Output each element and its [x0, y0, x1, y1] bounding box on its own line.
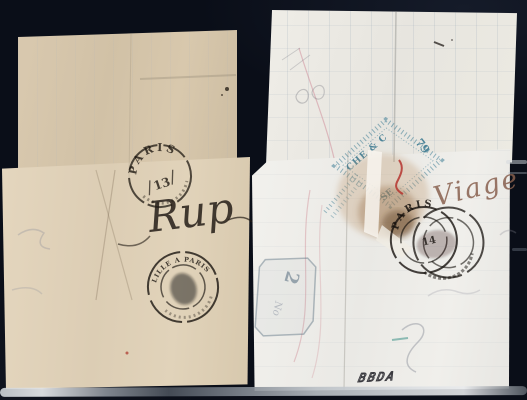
- red-speck: [126, 352, 129, 355]
- background-streak: [512, 248, 527, 251]
- crease-line: [140, 75, 236, 79]
- show-through-scribble: [18, 229, 50, 249]
- flap-crease: [96, 170, 115, 300]
- railway-datestamp-lille-paris: LILLE A PARIS: [140, 244, 226, 330]
- bottom-edge-reflection: [0, 386, 527, 397]
- background-streak: [506, 160, 527, 164]
- ghost-handwriting-loop: [402, 324, 424, 372]
- flap-crease: [96, 170, 132, 300]
- show-through-scribble: [12, 288, 42, 294]
- pencil-scribble: [282, 48, 310, 70]
- handwriting-flourish: [118, 236, 150, 246]
- handwriting-text: Viage: [431, 163, 523, 213]
- corner-marks: BBDA: [357, 369, 397, 385]
- ghost-handwriting: [500, 230, 516, 235]
- tax-box-frame: [252, 253, 319, 341]
- handwriting-rup: Rup: [118, 183, 252, 246]
- handwriting-text: Rup: [144, 183, 236, 242]
- photo-canvas: PARIS 13 LILLE A PARIS CHE & C 79 SE: [0, 0, 527, 400]
- teal-dash: [392, 338, 408, 340]
- ghost-handwriting: [428, 290, 480, 296]
- letter-bottom-left-details: [12, 170, 132, 355]
- ink-speck: [434, 42, 444, 46]
- postal-markings-layer: PARIS 13 LILLE A PARIS CHE & C 79 SE: [0, 0, 527, 400]
- fold-line: [394, 12, 396, 162]
- pencil-scribble: [296, 89, 308, 103]
- tax-box-marking: 2 No: [252, 253, 319, 341]
- letter-top-right-details: [282, 12, 453, 162]
- ink-speck: [221, 94, 223, 96]
- cachet-year-text: 79: [413, 136, 433, 156]
- ink-speck: [451, 39, 453, 41]
- handwriting-viage: Viage: [431, 163, 523, 213]
- background-streak: [508, 172, 527, 174]
- ink-speck: [225, 87, 229, 91]
- wax-seal-remnant: [337, 150, 429, 258]
- datestamp-smudge: [167, 270, 200, 308]
